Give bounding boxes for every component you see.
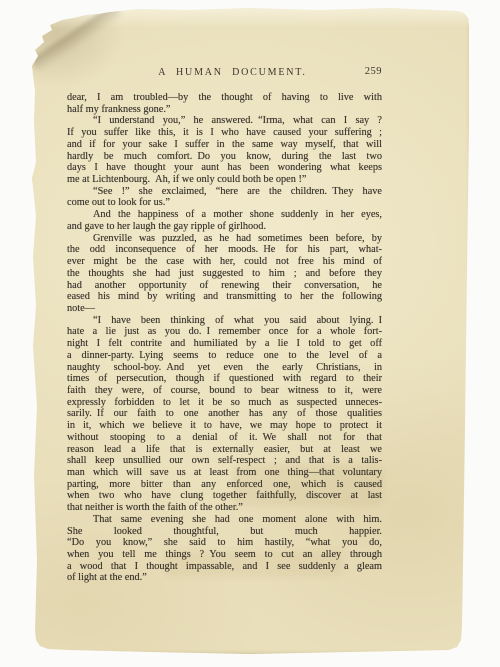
page-header: A HUMAN DOCUMENT. 259 [67,67,382,81]
book-page: A HUMAN DOCUMENT. 259 dear, I am trouble… [28,6,472,656]
text-line: and gave to her laugh the gay ripple of … [67,221,382,233]
text-line: hardly be much comfort. Do you know, dur… [67,151,382,163]
text-line: She looked thoughtful, but much happier. [67,526,382,538]
text-line: eased his mind by writing and transmitti… [67,291,382,303]
paragraph: Grenville was puzzled, as he had sometim… [67,233,382,315]
paragraph: “I understand you,” he answered. “Irma, … [67,115,382,185]
paragraph: “I have been thinking of what you said a… [67,315,382,514]
text-line: reason lead a life that is externally ea… [67,444,382,456]
text-line: If you suffer like this, it is I who hav… [67,127,382,139]
text-line: sarily. If our faith to one another has … [67,408,382,420]
text-line: “See !” she exclaimed, “here are the chi… [67,186,382,198]
paragraph: dear, I am troubled—by the thought of ha… [67,92,382,115]
paragraph: “See !” she exclaimed, “here are the chi… [67,186,382,209]
text-line: a dinner-party. Lying seems to reduce on… [67,350,382,362]
text-line: night I felt contrite and humiliated by … [67,338,382,350]
text-line: a wood that I thought impassable, and I … [67,561,382,573]
text-line: in it, which we believe it to have, we m… [67,420,382,432]
text-line: days I have thought your aunt has been w… [67,162,382,174]
text-line: ever might be the case with her, could n… [67,256,382,268]
text-line: parting, more bitter than any enforced o… [67,479,382,491]
text-line: That same evening she had one moment alo… [67,514,382,526]
torn-corner-shadow [30,3,124,73]
scan-backdrop: A HUMAN DOCUMENT. 259 dear, I am trouble… [0,0,500,667]
text-line: when you tell me things ? You seem to cu… [67,549,382,561]
text-line: when two who have clung together faithfu… [67,490,382,502]
page-body: dear, I am troubled—by the thought of ha… [67,92,382,584]
text-line: the thoughts she had just suggested to h… [67,268,382,280]
text-line: and if for your sake I suffer in the sam… [67,139,382,151]
text-line: half my frankness gone.” [67,104,382,116]
text-line: expressly forbidden to let it be so much… [67,397,382,409]
text-line: And the happiness of a mother shone sudd… [67,209,382,221]
text-line: shall keep unsullied our own self-respec… [67,455,382,467]
text-line: me at Lichtenbourg. Ah, if we only could… [67,174,382,186]
text-line: come out to look for us.” [67,197,382,209]
text-line: “I understand you,” he answered. “Irma, … [67,115,382,127]
text-line: that neither is worth the faith of the o… [67,502,382,514]
text-line: of light at the end.” [67,572,382,584]
paragraph: And the happiness of a mother shone sudd… [67,209,382,232]
text-line: without stooping to a denial of it. We s… [67,432,382,444]
text-line: “I have been thinking of what you said a… [67,315,382,327]
text-line: “Do you know,” she said to him hastily, … [67,537,382,549]
text-line: man which will save us at least from one… [67,467,382,479]
paragraph: That same evening she had one moment alo… [67,514,382,584]
text-line: naughty school-boy. And yet even the ear… [67,362,382,374]
running-title: A HUMAN DOCUMENT. [83,67,382,78]
text-line: times of persecution, though if question… [67,373,382,385]
text-line: note— [67,303,382,315]
text-line: had another opportunity of renewing thei… [67,280,382,292]
text-line: dear, I am troubled—by the thought of ha… [67,92,382,104]
text-line: hate a lie just as you do. I remember on… [67,326,382,338]
text-line: the odd inconsequence of her moods. He f… [67,244,382,256]
text-line: faith they were, of course, bound to bea… [67,385,382,397]
text-line: Grenville was puzzled, as he had sometim… [67,233,382,245]
page-number: 259 [365,66,382,77]
